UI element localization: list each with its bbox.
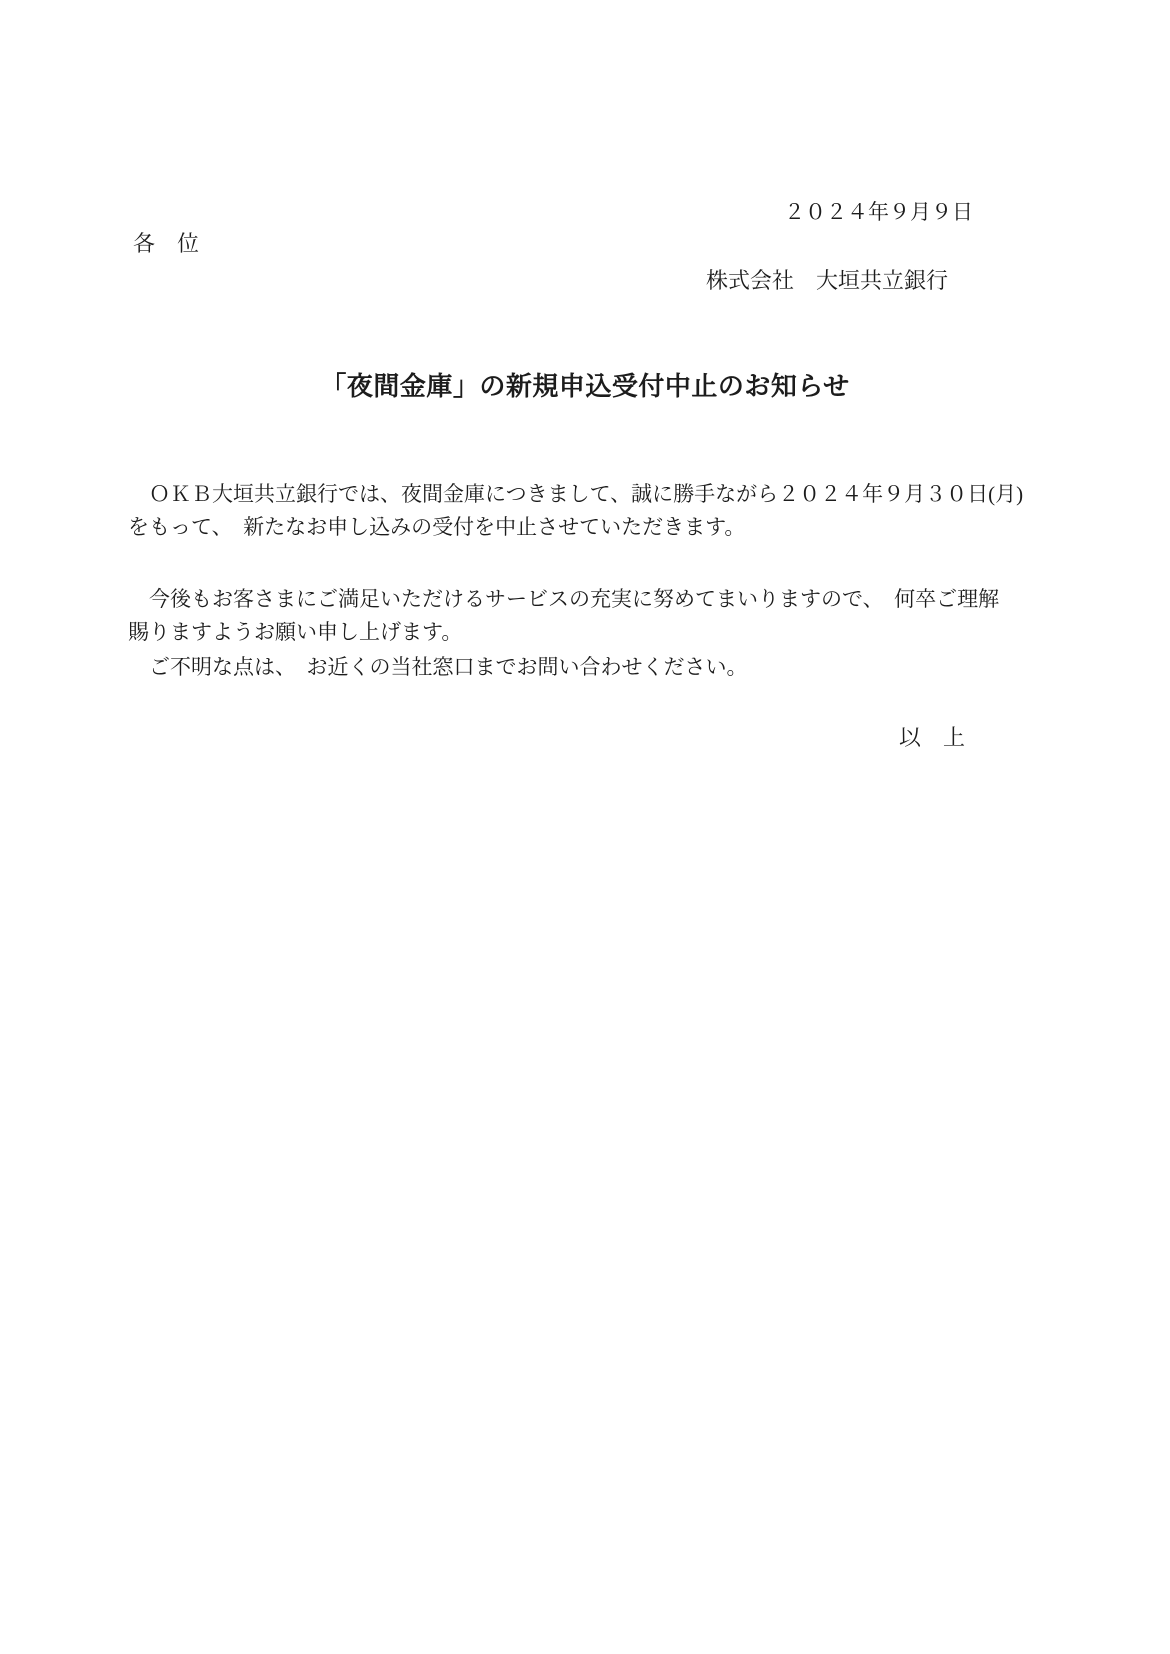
paragraph-discontinuation: ＯＫＢ大垣共立銀行では、夜間金庫につきまして、誠に勝手ながら２０２４年９月３０日… [128,478,1018,544]
body-line: ＯＫＢ大垣共立銀行では、夜間金庫につきまして、誠に勝手ながら２０２４年９月３０日… [128,478,1018,511]
body-line: 今後もお客さまにご満足いただけるサービスの充実に努めてまいりますので、 何卒ご理… [128,583,1018,616]
paragraph-apology: 今後もお客さまにご満足いただけるサービスの充実に努めてまいりますので、 何卒ご理… [128,583,1018,649]
notice-document-page: ２０２４年９月９日 各 位 株式会社 大垣共立銀行 「夜間金庫」の新規申込受付中… [0,0,1170,1654]
body-line: ご不明な点は、 お近くの当社窓口までお問い合わせください。 [128,651,1018,684]
paragraph-contact: ご不明な点は、 お近くの当社窓口までお問い合わせください。 [128,651,1018,684]
closing-ijou: 以 上 [899,721,965,752]
recipient-line: 各 位 [133,227,199,258]
sender-company-line: 株式会社 大垣共立銀行 [706,264,948,295]
body-line: をもって、 新たなお申し込みの受付を中止させていただきます。 [128,511,1018,544]
notice-title: 「夜間金庫」の新規申込受付中止のお知らせ [0,366,1170,403]
document-date: ２０２４年９月９日 [784,196,973,226]
body-line: 賜りますようお願い申し上げます。 [128,616,1018,649]
